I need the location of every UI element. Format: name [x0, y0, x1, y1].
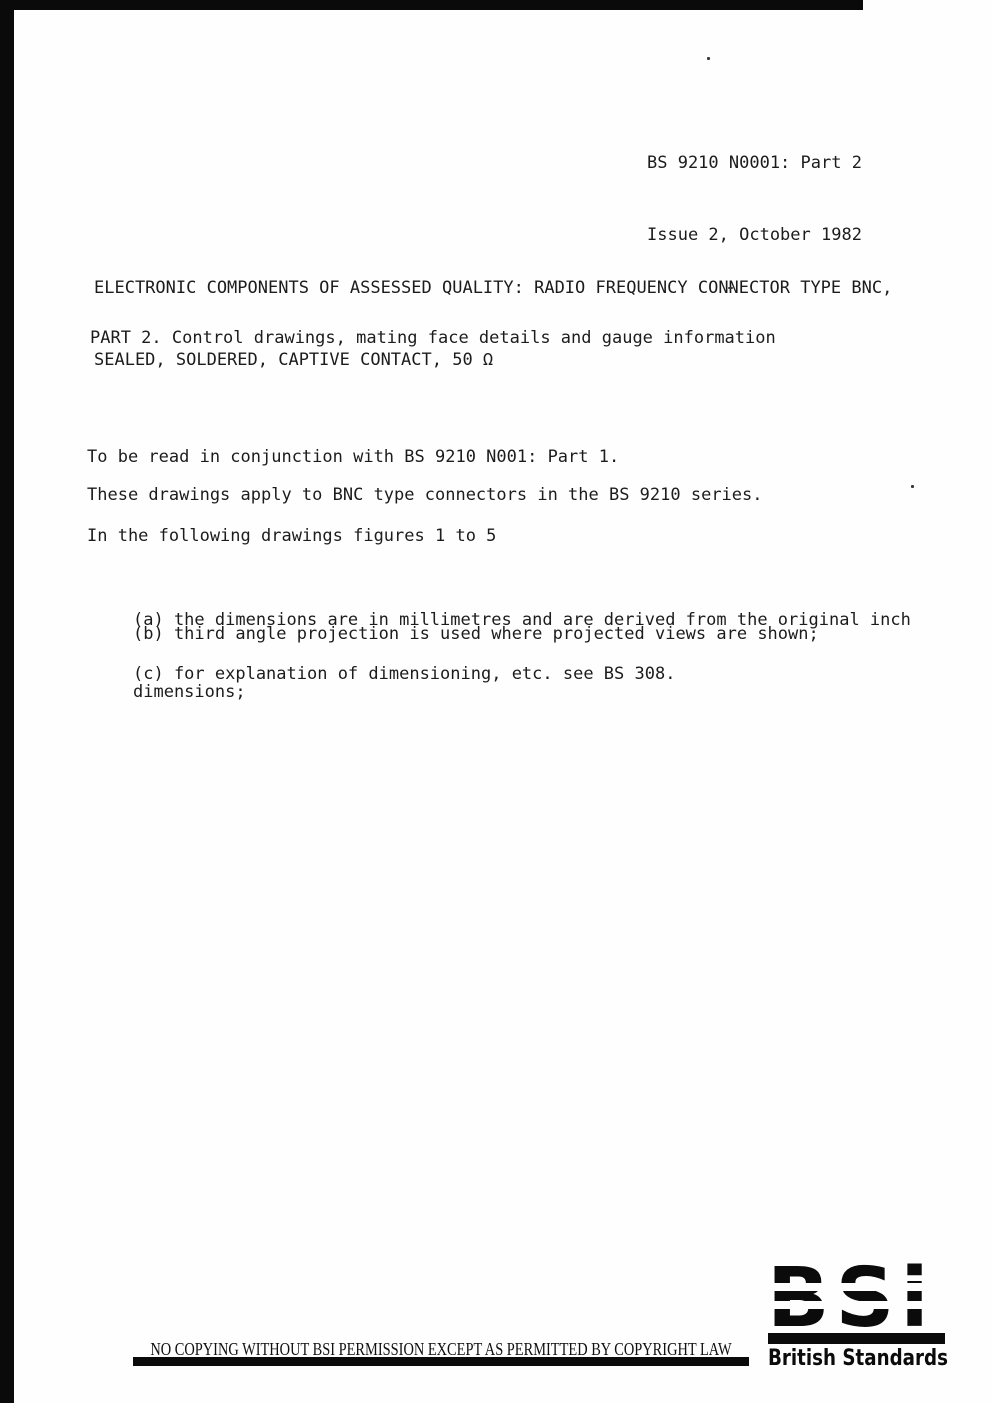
list-item-c: (c) for explanation of dimensioning, etc…: [133, 662, 675, 686]
paragraph-applicability: These drawings apply to BNC type connect…: [87, 483, 763, 507]
scan-speck: [707, 57, 710, 60]
scan-border-left: [0, 0, 14, 1403]
copyright-notice-row: NO COPYING WITHOUT BSI PERMISSION EXCEPT…: [133, 1341, 748, 1357]
paragraph-conjunction: To be read in conjunction with BS 9210 N…: [87, 445, 619, 469]
scan-speck: [728, 287, 733, 289]
document-title-line1: ELECTRONIC COMPONENTS OF ASSESSED QUALIT…: [94, 276, 892, 300]
bsi-logo-stripe: [763, 1283, 949, 1291]
list-item-b: (b) third angle projection is used where…: [133, 622, 819, 646]
list-item-a: (a) the dimensions are in millimetres an…: [133, 560, 911, 752]
document-title-line2: SEALED, SOLDERED, CAPTIVE CONTACT, 50 Ω: [94, 348, 892, 372]
standard-number: BS 9210 N0001: Part 2: [647, 151, 862, 175]
scanned-document-page: BS 9210 N0001: Part 2 Issue 2, October 1…: [0, 0, 992, 1403]
bsi-logo-underline-bar: [768, 1333, 945, 1344]
paragraph-drawings-intro: In the following drawings figures 1 to 5: [87, 524, 496, 548]
scan-speck: [911, 485, 914, 488]
document-title: ELECTRONIC COMPONENTS OF ASSESSED QUALIT…: [94, 228, 892, 420]
part-heading: PART 2. Control drawings, mating face de…: [90, 326, 776, 350]
scan-border-top: [0, 0, 863, 10]
bsi-logo-stripe: [763, 1301, 949, 1309]
footer-rule-bar: [133, 1357, 749, 1366]
copyright-notice: NO COPYING WITHOUT BSI PERMISSION EXCEPT…: [150, 1341, 731, 1357]
bsi-logo-wordmark: British Standards: [768, 1347, 948, 1371]
